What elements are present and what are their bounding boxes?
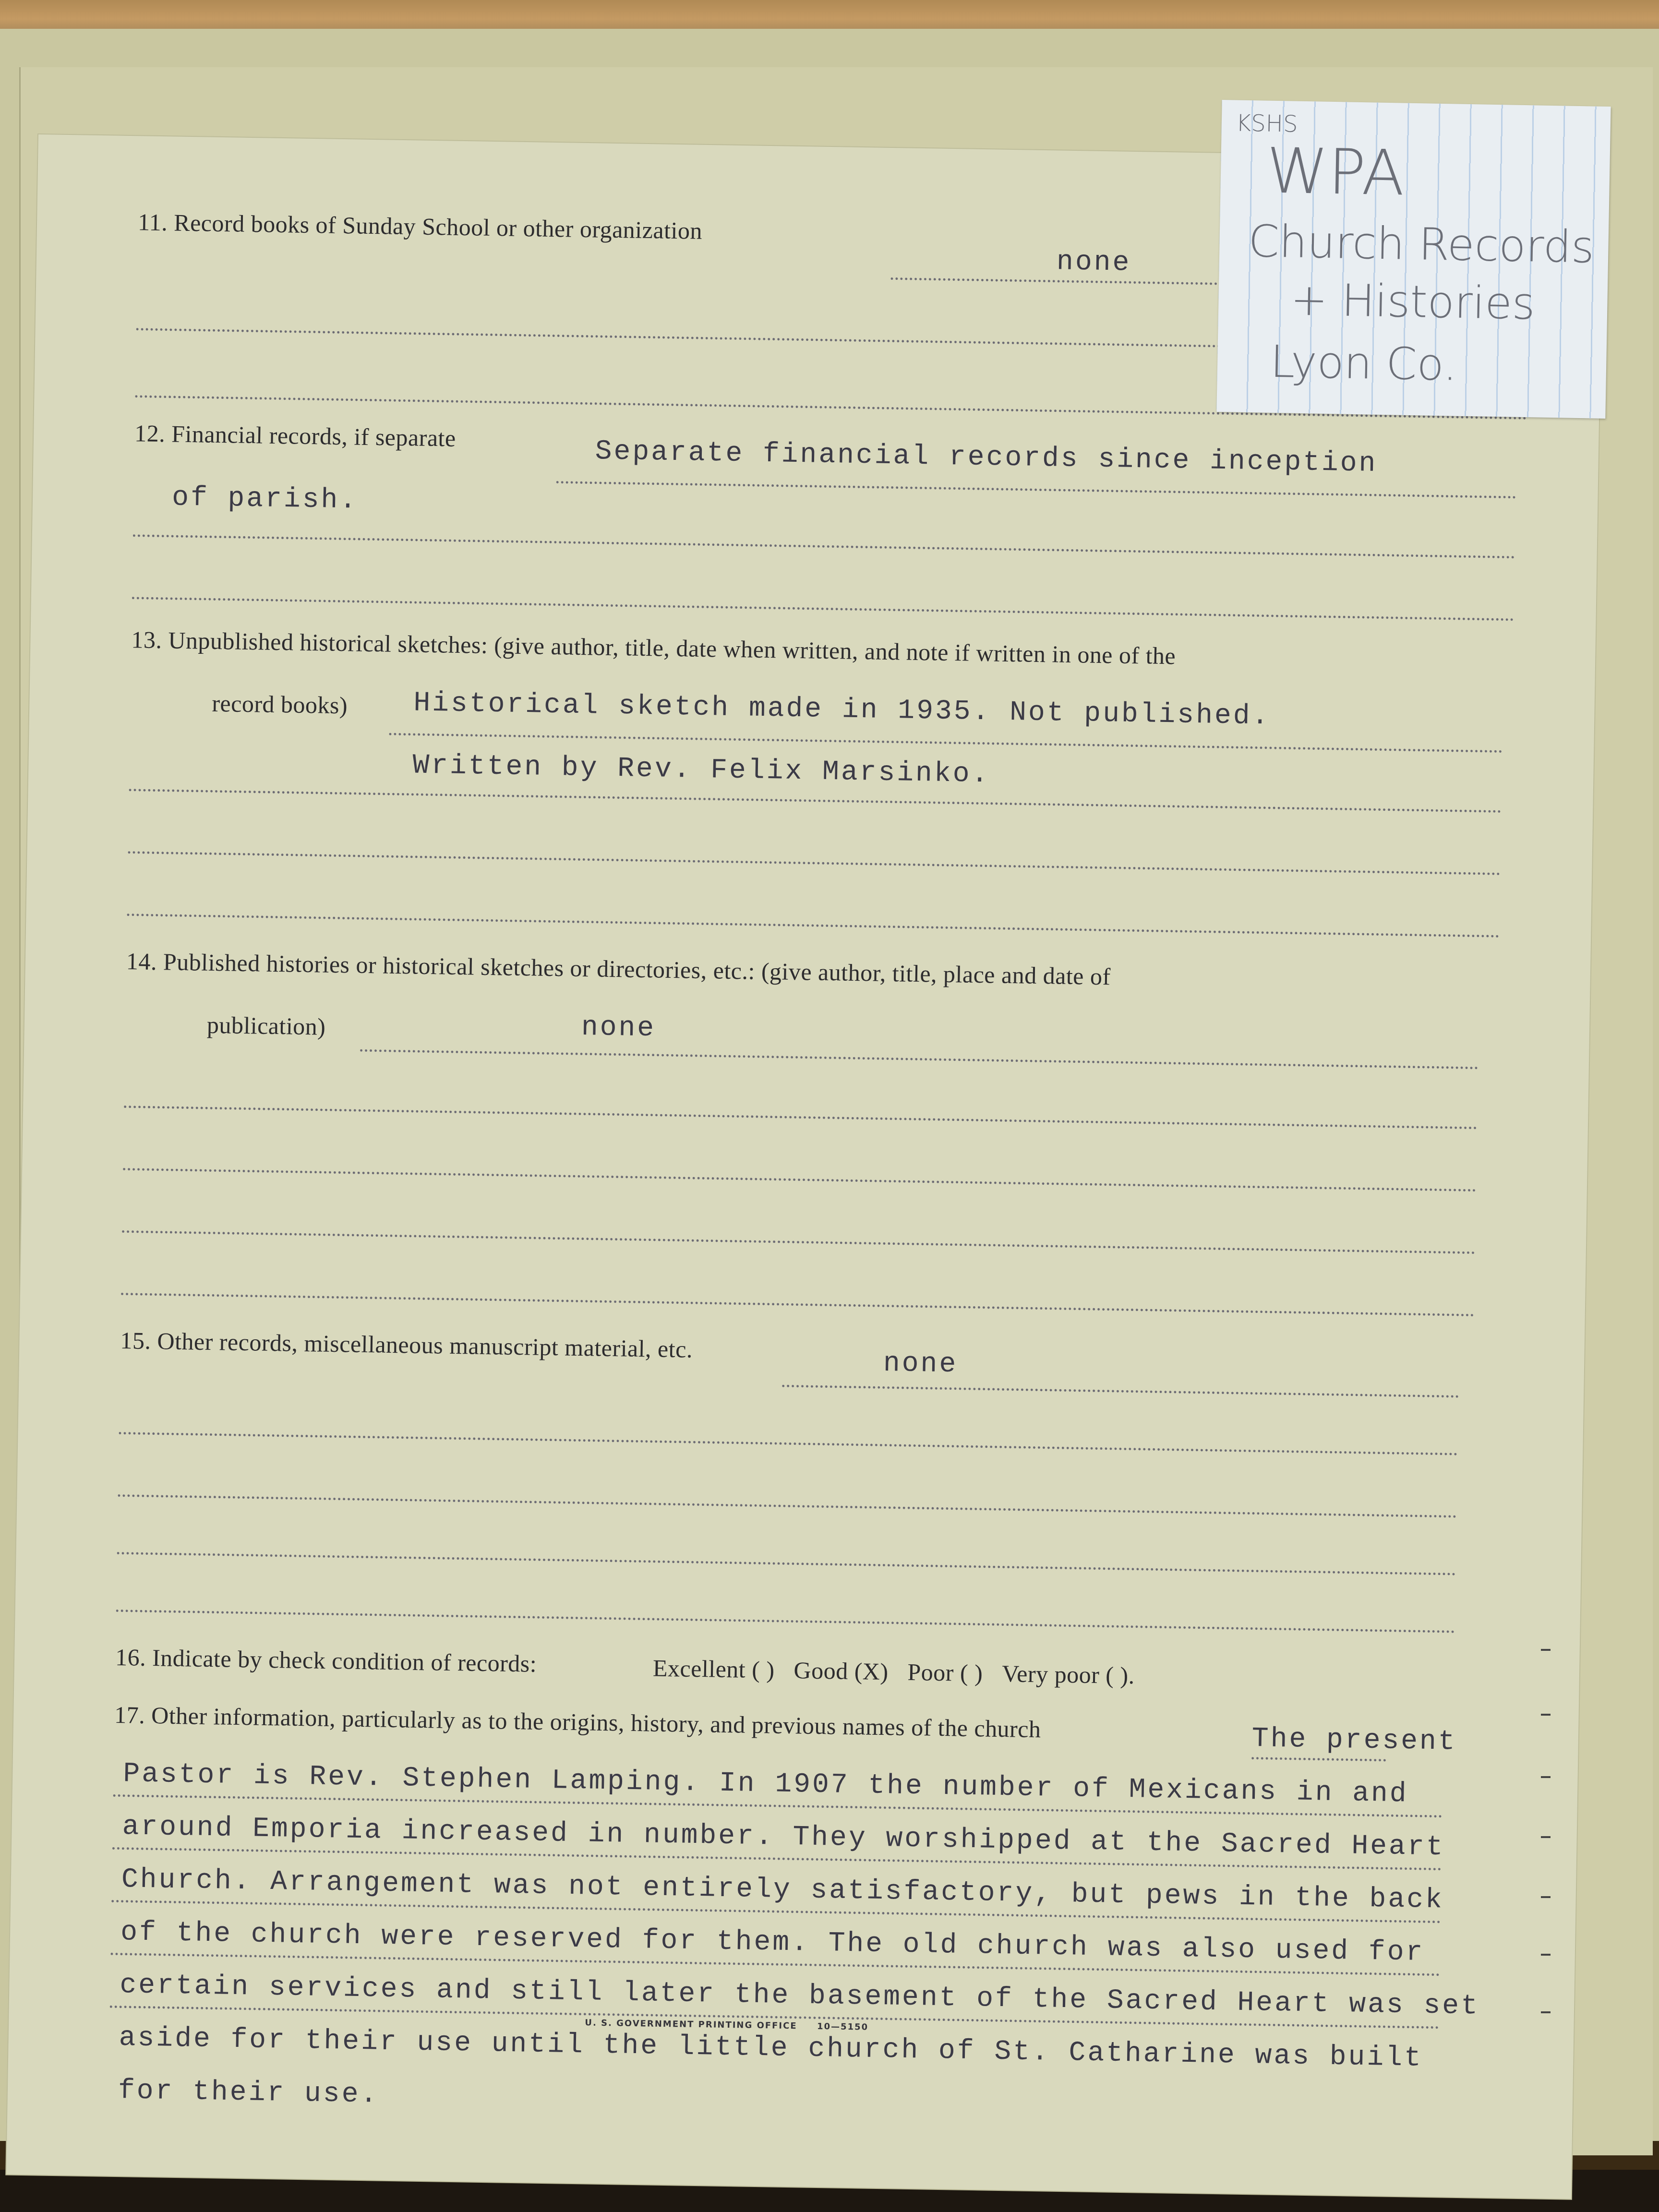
margin-mark <box>1541 1836 1551 1838</box>
blank-line <box>116 1610 1455 1633</box>
blank-line <box>117 1552 1456 1575</box>
margin-mark <box>1541 1649 1551 1651</box>
blank-line <box>124 1106 1478 1129</box>
q17-answer-start: The present <box>1251 1723 1457 1758</box>
q15-answer: none <box>883 1348 958 1380</box>
blank-line <box>136 328 1236 348</box>
option-very-poor[interactable]: Very poor ( ). <box>1002 1659 1135 1689</box>
blank-line <box>128 851 1501 875</box>
option-excellent[interactable]: Excellent ( ) <box>653 1654 775 1684</box>
note-line-church-records: Church Records <box>1248 216 1595 273</box>
q12-answer-line2: of parish. <box>172 482 359 516</box>
q17-answer-line2: around Emporia increased in number. They… <box>122 1811 1445 1863</box>
blank-line <box>121 1293 1475 1316</box>
q15-answer-line <box>782 1385 1459 1398</box>
note-line-kshs: KSHS <box>1236 110 1298 138</box>
blank-line <box>118 1494 1457 1518</box>
q14-answer-line <box>360 1049 1479 1070</box>
blank-line <box>129 789 1502 813</box>
condition-options: Excellent ( ) Good (X) Poor ( ) Very poo… <box>653 1654 1135 1690</box>
blank-line <box>122 1230 1476 1254</box>
q11-answer-line <box>890 277 1236 285</box>
note-line-histories: + Histories <box>1290 274 1536 330</box>
q12-answer-line <box>556 481 1516 498</box>
note-line-lyon-co: Lyon Co. <box>1270 336 1457 391</box>
q13-answer-line1: Historical sketch made in 1935. Not publ… <box>413 687 1271 732</box>
option-good[interactable]: Good (X) <box>793 1656 889 1685</box>
q17-answer-line4: of the church were reserved for them. Th… <box>120 1917 1425 1969</box>
margin-mark <box>1541 1954 1551 1956</box>
margin-mark <box>1541 1714 1551 1716</box>
q13-answer-line2: Written by Rev. Felix Marsinko. <box>412 750 990 790</box>
form-page: 11. Record books of Sunday School or oth… <box>6 134 1603 2199</box>
q11-answer: none <box>1057 246 1131 278</box>
q17-answer-line3: Church. Arrangement was not entirely sat… <box>121 1864 1444 1916</box>
q14-label-line1: 14. Published histories or historical sk… <box>126 947 1432 996</box>
q17-answer-line <box>1251 1757 1386 1761</box>
q16-label: 16. Indicate by check condition of recor… <box>115 1643 537 1678</box>
blank-line <box>127 914 1500 938</box>
q17-answer-line5: certain services and still later the bas… <box>120 1970 1479 2022</box>
q13-answer-line <box>389 733 1503 753</box>
q17-answer-line1: Pastor is Rev. Stephen Lamping. In 1907 … <box>123 1758 1408 1810</box>
q14-answer: none <box>581 1012 656 1044</box>
blank-line <box>123 1168 1477 1191</box>
q15-label: 15. Other records, miscellaneous manuscr… <box>120 1326 1426 1375</box>
blank-line <box>133 534 1515 558</box>
q17-label: 17. Other information, particularly as t… <box>114 1701 1041 1743</box>
handwritten-note: KSHS WPA Church Records + Histories Lyon… <box>1216 100 1611 419</box>
q13-label-line2: record books) <box>212 689 348 719</box>
margin-mark <box>1541 1896 1551 1898</box>
note-line-wpa: WPA <box>1266 134 1405 210</box>
q17-answer-line7: for their use. <box>118 2075 379 2111</box>
q14-label-line2: publication) <box>206 1011 325 1041</box>
margin-mark <box>1541 2011 1551 2013</box>
blank-line <box>132 597 1515 621</box>
blank-line <box>119 1432 1458 1455</box>
q13-label-line1: 13. Unpublished historical sketches: (gi… <box>131 625 1437 674</box>
margin-mark <box>1541 1776 1551 1778</box>
option-poor[interactable]: Poor ( ) <box>907 1658 983 1687</box>
